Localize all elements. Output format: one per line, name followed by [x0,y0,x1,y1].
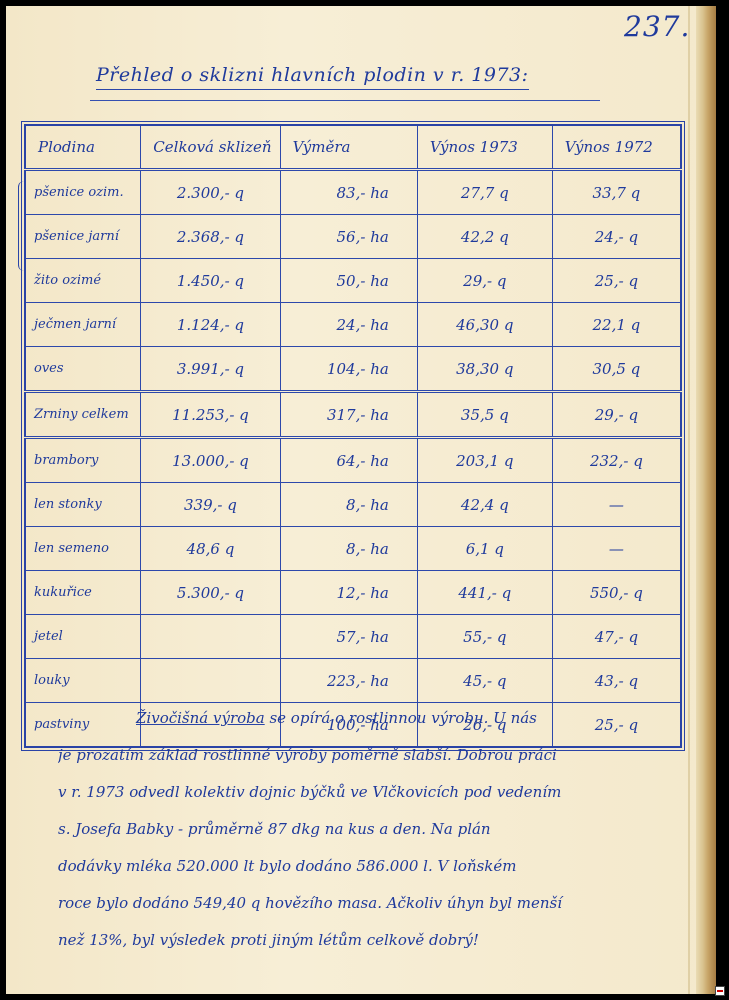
cell-yield-1973: 29,- q [417,259,552,303]
paragraph-line: s. Josefa Babky - průměrně 87 dkg na kus… [58,811,688,848]
cell-area: 317,- ha [280,392,417,438]
header-yield-1972: Výnos 1972 [552,125,681,170]
paragraph-line: Živočišná výroba se opírá o rostlinnou v… [58,700,688,737]
cell-yield-1972: — [552,527,681,571]
cell-area: 50,- ha [280,259,417,303]
cell-yield-1973: 35,5 q [417,392,552,438]
cell-yield-1973: 42,4 q [417,483,552,527]
table-row: brambory 13.000,- q 64,- ha 203,1 q 232,… [25,438,681,483]
cell-yield-1972: 25,- q [552,259,681,303]
table-row: louky 223,- ha 45,- q 43,- q [25,659,681,703]
table-row: ječmen jarní 1.124,- q 24,- ha 46,30 q 2… [25,303,681,347]
paragraph-text: se opírá o rostlinnou výrobu. U nás [265,709,537,727]
cell-crop: pšenice ozim. [25,170,141,215]
cell-yield-1972: 43,- q [552,659,681,703]
cell-crop: žito ozimé [25,259,141,303]
table-row: oves 3.991,- q 104,- ha 38,30 q 30,5 q [25,347,681,392]
cell-total: 1.450,- q [141,259,280,303]
cell-total: 2.368,- q [141,215,280,259]
harvest-table: Plodina Celková sklizeň Výměra Výnos 197… [24,124,682,748]
cell-total: 48,6 q [141,527,280,571]
cell-crop: ječmen jarní [25,303,141,347]
table-row: pšenice ozim. 2.300,- q 83,- ha 27,7 q 3… [25,170,681,215]
cell-yield-1973: 203,1 q [417,438,552,483]
cell-yield-1972: 232,- q [552,438,681,483]
table-header-row: Plodina Celková sklizeň Výměra Výnos 197… [25,125,681,170]
cell-yield-1973: 38,30 q [417,347,552,392]
paragraph-line: v r. 1973 odvedl kolektiv dojnic býčků v… [58,774,688,811]
table-row: kukuřice 5.300,- q 12,- ha 441,- q 550,-… [25,571,681,615]
cell-yield-1972: 33,7 q [552,170,681,215]
paragraph-line: dodávky mléka 520.000 lt bylo dodáno 586… [58,848,688,885]
cell-crop: pšenice jarní [25,215,141,259]
cell-area: 24,- ha [280,303,417,347]
cell-area: 104,- ha [280,347,417,392]
cell-area: 57,- ha [280,615,417,659]
table-row: jetel 57,- ha 55,- q 47,- q [25,615,681,659]
viewer-corner-icon [715,986,725,996]
header-yield-1973: Výnos 1973 [417,125,552,170]
title-underline [90,100,600,101]
cell-total [141,659,280,703]
cell-total [141,615,280,659]
table-row-total: Zrniny celkem 11.253,- q 317,- ha 35,5 q… [25,392,681,438]
table-row: len stonky 339,- q 8,- ha 42,4 q — [25,483,681,527]
cell-total: 3.991,- q [141,347,280,392]
cell-crop: len stonky [25,483,141,527]
cell-yield-1973: 46,30 q [417,303,552,347]
cell-yield-1973: 27,7 q [417,170,552,215]
cell-yield-1973: 441,- q [417,571,552,615]
cell-area: 8,- ha [280,483,417,527]
cell-total: 11.253,- q [141,392,280,438]
cell-area: 8,- ha [280,527,417,571]
cell-crop: jetel [25,615,141,659]
book-binding [696,6,716,994]
livestock-paragraph: Živočišná výroba se opírá o rostlinnou v… [58,700,688,959]
paragraph-heading: Živočišná výroba [136,709,265,727]
header-crop: Plodina [25,125,141,170]
paragraph-line: je prozatím základ rostlinné výroby pomě… [58,737,688,774]
cell-area: 223,- ha [280,659,417,703]
cell-yield-1972: 24,- q [552,215,681,259]
cell-crop: kukuřice [25,571,141,615]
cell-yield-1973: 45,- q [417,659,552,703]
cell-crop: oves [25,347,141,392]
cell-total: 1.124,- q [141,303,280,347]
cell-yield-1972: 30,5 q [552,347,681,392]
cell-yield-1972: — [552,483,681,527]
page-number: 237. [624,10,690,43]
table-row: len semeno 48,6 q 8,- ha 6,1 q — [25,527,681,571]
cell-total: 2.300,- q [141,170,280,215]
cell-yield-1972: 22,1 q [552,303,681,347]
table-row: žito ozimé 1.450,- q 50,- ha 29,- q 25,-… [25,259,681,303]
cell-area: 12,- ha [280,571,417,615]
cell-crop: brambory [25,438,141,483]
cell-area: 64,- ha [280,438,417,483]
cell-area: 56,- ha [280,215,417,259]
table-row: pšenice jarní 2.368,- q 56,- ha 42,2 q 2… [25,215,681,259]
paragraph-line: roce bylo dodáno 549,40 q hovězího masa.… [58,885,688,922]
cell-crop: Zrniny celkem [25,392,141,438]
page-edge [688,6,690,994]
cell-yield-1973: 42,2 q [417,215,552,259]
cell-crop: louky [25,659,141,703]
ledger-page: 237. Přehled o sklizni hlavních plodin v… [6,6,716,994]
cell-yield-1972: 29,- q [552,392,681,438]
cell-total: 5.300,- q [141,571,280,615]
cell-total: 13.000,- q [141,438,280,483]
cell-crop: len semeno [25,527,141,571]
cell-total: 339,- q [141,483,280,527]
page-title: Přehled o sklizni hlavních plodin v r. 1… [96,64,529,90]
cell-yield-1972: 47,- q [552,615,681,659]
cell-yield-1973: 6,1 q [417,527,552,571]
header-area: Výměra [280,125,417,170]
cell-yield-1973: 55,- q [417,615,552,659]
cell-yield-1972: 550,- q [552,571,681,615]
paragraph-line: než 13%, byl výsledek proti jiným létům … [58,922,688,959]
header-total-harvest: Celková sklizeň [141,125,280,170]
cell-area: 83,- ha [280,170,417,215]
